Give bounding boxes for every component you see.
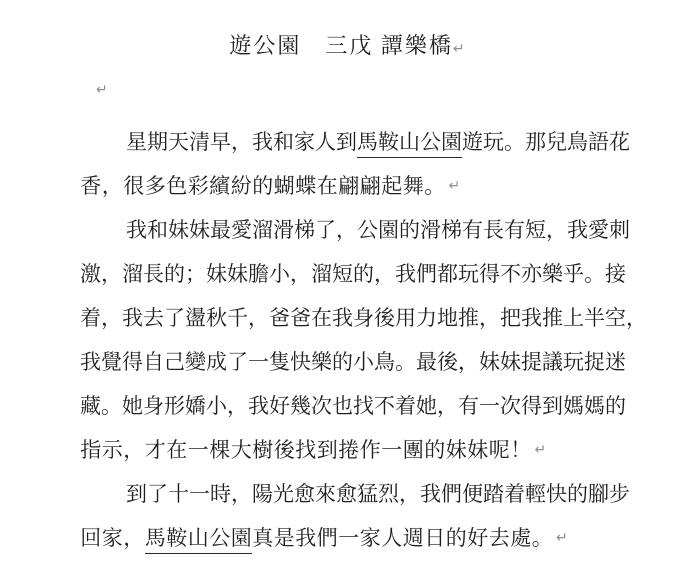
char: 我 <box>567 215 588 245</box>
char: 她 <box>122 391 143 421</box>
char: 光 <box>273 479 294 509</box>
char: ， <box>248 303 269 333</box>
text-line: 我覺得自己變成了一隻快樂的小鳥。最後，妹妹提議玩捉迷 <box>80 340 614 384</box>
char: 的 <box>332 347 353 377</box>
char: 幾 <box>290 391 311 421</box>
char: 我 <box>252 127 273 157</box>
char: 。 <box>504 127 525 157</box>
char: 次 <box>500 391 521 421</box>
char: 彩 <box>188 171 210 201</box>
char: 的 <box>252 171 274 201</box>
char: 示 <box>102 435 124 465</box>
char: 一 <box>338 523 360 553</box>
char: 們 <box>317 523 339 553</box>
char: 很 <box>123 171 145 201</box>
char: 語 <box>588 127 609 157</box>
char: 指 <box>80 435 102 465</box>
char: 到 <box>317 435 339 465</box>
char: 人 <box>381 523 403 553</box>
char: 陽 <box>252 479 273 509</box>
char: 長 <box>143 259 164 289</box>
char: 空 <box>605 303 626 333</box>
char: 到 <box>542 391 563 421</box>
char: 便 <box>462 479 483 509</box>
char: 日 <box>424 523 446 553</box>
char: 把 <box>500 303 521 333</box>
paragraph-mark-icon: ↵ <box>96 82 108 98</box>
char: 到 <box>126 479 147 509</box>
char: 後 <box>274 435 296 465</box>
char: 身 <box>143 391 164 421</box>
char: ， <box>123 523 145 553</box>
char: 我 <box>126 215 147 245</box>
char: 了 <box>227 347 248 377</box>
essay-title-text: 遊公園 三戊 譚樂橋 <box>229 33 453 58</box>
char: 鳥 <box>374 347 395 377</box>
char: 成 <box>206 347 227 377</box>
char: 一 <box>479 391 500 421</box>
char: 溜 <box>311 259 332 289</box>
char: 自 <box>143 347 164 377</box>
underlined-char: 鞍 <box>166 523 188 554</box>
char: 家 <box>360 523 382 553</box>
char: 媽 <box>563 391 584 421</box>
char: 妹 <box>479 347 500 377</box>
char: ； <box>185 259 206 289</box>
text-line: 到了十一時，陽光愈來愈猛烈，我們便踏着輕快的腳步 <box>80 472 614 516</box>
char: 滑 <box>420 215 441 245</box>
char: 樹 <box>252 435 274 465</box>
char: ， <box>546 215 567 245</box>
char: 用 <box>395 303 416 333</box>
char: 我 <box>248 391 269 421</box>
char: 我 <box>295 523 317 553</box>
char: 舞 <box>403 171 425 201</box>
char: 身 <box>353 303 374 333</box>
char: 的 <box>164 259 185 289</box>
char: 早 <box>210 127 231 157</box>
char: 捉 <box>584 347 605 377</box>
char: 妹 <box>168 215 189 245</box>
char: 了 <box>164 303 185 333</box>
char: 地 <box>437 303 458 333</box>
char: 都 <box>437 259 458 289</box>
char: 腳 <box>588 479 609 509</box>
char: 我 <box>332 303 353 333</box>
char: 快 <box>290 347 311 377</box>
char: 回 <box>80 523 102 553</box>
char: 一 <box>188 435 210 465</box>
char: 棵 <box>209 435 231 465</box>
char: ， <box>626 303 647 333</box>
char: 好 <box>467 523 489 553</box>
document-page: 遊公園 三戊 譚樂橋↵ ↵ 星期天清早，我和家人到馬鞍山公園遊玩。那兒鳥語花香，… <box>0 0 696 564</box>
underlined-char: 山 <box>188 523 210 554</box>
char: 一 <box>381 435 403 465</box>
char: 小 <box>353 347 374 377</box>
underlined-char: 園 <box>231 523 253 554</box>
char: 真 <box>252 523 274 553</box>
char: 人 <box>315 127 336 157</box>
char: 去 <box>489 523 511 553</box>
char: 妹 <box>446 435 468 465</box>
char: 玩 <box>563 347 584 377</box>
char: 嬌 <box>185 391 206 421</box>
char: ， <box>479 303 500 333</box>
underlined-char: 公 <box>209 523 231 554</box>
char: 妹 <box>500 347 521 377</box>
char: 爸 <box>290 303 311 333</box>
char: 接 <box>605 259 626 289</box>
char: ， <box>102 171 124 201</box>
char: 期 <box>147 127 168 157</box>
char: 愛 <box>588 215 609 245</box>
char: 藏 <box>80 391 101 421</box>
char: 多 <box>145 171 167 201</box>
char: 和 <box>147 215 168 245</box>
text-line: 激，溜長的；妹妹膽小，溜短的，我們都玩得不亦樂乎。接 <box>80 252 614 296</box>
char: 步 <box>609 479 630 509</box>
char: ， <box>290 259 311 289</box>
char: 爸 <box>269 303 290 333</box>
char: 的 <box>353 259 374 289</box>
char: 的 <box>446 523 468 553</box>
char: 溜 <box>252 215 273 245</box>
char: 妹 <box>467 435 489 465</box>
char: 玩 <box>458 259 479 289</box>
char: ， <box>101 303 122 333</box>
char: 。 <box>584 259 605 289</box>
char: 最 <box>210 215 231 245</box>
char: ， <box>399 479 420 509</box>
char: 妹 <box>189 215 210 245</box>
char: 時 <box>210 479 231 509</box>
char: 園 <box>378 215 399 245</box>
char: 愈 <box>336 479 357 509</box>
char: 作 <box>360 435 382 465</box>
text-line: 着，我去了盪秋千，爸爸在我身後用力地推，把我推上半空， <box>80 296 614 340</box>
char: 長 <box>483 215 504 245</box>
char: 形 <box>164 391 185 421</box>
underlined-char: 山 <box>399 127 420 158</box>
char: 找 <box>295 435 317 465</box>
char: 週 <box>403 523 425 553</box>
char: 樂 <box>311 347 332 377</box>
char: 家 <box>102 523 124 553</box>
paragraph-mark-icon: ↵ <box>449 171 461 201</box>
text-line: 回家，馬鞍山公園真是我們一家人週日的好去處。↵ <box>80 516 614 560</box>
char: 香 <box>80 171 102 201</box>
char: ， <box>336 215 357 245</box>
char: 一 <box>248 347 269 377</box>
text-line: 香，很多色彩繽紛的蝴蝶在翩翩起舞。↵ <box>80 164 614 208</box>
char: 色 <box>166 171 188 201</box>
char: 有 <box>504 215 525 245</box>
char: 星 <box>126 127 147 157</box>
char: 。 <box>424 171 446 201</box>
char: 秋 <box>206 303 227 333</box>
char: 推 <box>542 303 563 333</box>
char: 快 <box>546 479 567 509</box>
char: 後 <box>437 347 458 377</box>
char: 的 <box>605 391 626 421</box>
char: 。 <box>532 523 554 553</box>
underlined-char: 馬 <box>357 127 378 158</box>
char: 那 <box>525 127 546 157</box>
char: 才 <box>145 435 167 465</box>
char: 鳥 <box>567 127 588 157</box>
char: 推 <box>458 303 479 333</box>
underlined-char: 園 <box>441 127 462 158</box>
char: 半 <box>584 303 605 333</box>
char: 己 <box>164 347 185 377</box>
char: 亦 <box>521 259 542 289</box>
char: 覺 <box>101 347 122 377</box>
char: ， <box>101 259 122 289</box>
char: 踏 <box>483 479 504 509</box>
char: 刺 <box>609 215 630 245</box>
char: 家 <box>294 127 315 157</box>
char: 們 <box>441 479 462 509</box>
char: 輕 <box>525 479 546 509</box>
text-line: 星期天清早，我和家人到馬鞍山公園遊玩。那兒鳥語花 <box>80 120 614 164</box>
char: 翩 <box>338 171 360 201</box>
char: 樂 <box>542 259 563 289</box>
char: 在 <box>166 435 188 465</box>
char: 滑 <box>273 215 294 245</box>
underlined-char: 馬 <box>145 523 167 554</box>
char: 和 <box>273 127 294 157</box>
underlined-char: 鞍 <box>378 127 399 158</box>
char: ， <box>374 259 395 289</box>
char: 我 <box>122 303 143 333</box>
char: 上 <box>563 303 584 333</box>
text-line: 我和妹妹最愛溜滑梯了，公園的滑梯有長有短，我愛刺 <box>80 208 614 252</box>
char: 媽 <box>584 391 605 421</box>
char: 蝶 <box>295 171 317 201</box>
char: 好 <box>269 391 290 421</box>
char: 的 <box>424 435 446 465</box>
char: 在 <box>311 303 332 333</box>
char: 千 <box>227 303 248 333</box>
empty-paragraph-line: ↵ <box>80 68 614 112</box>
char: 最 <box>416 347 437 377</box>
document-body: 星期天清早，我和家人到馬鞍山公園遊玩。那兒鳥語花香，很多色彩繽紛的蝴蝶在翩翩起舞… <box>80 120 614 560</box>
char: 。 <box>395 347 416 377</box>
char: ， <box>227 391 248 421</box>
char: 也 <box>332 391 353 421</box>
char: 小 <box>269 259 290 289</box>
char: 着 <box>504 479 525 509</box>
char: 後 <box>374 303 395 333</box>
char: 短 <box>332 259 353 289</box>
char: 們 <box>416 259 437 289</box>
char: 了 <box>315 215 336 245</box>
char: 了 <box>147 479 168 509</box>
char: 愈 <box>294 479 315 509</box>
char: 花 <box>609 127 630 157</box>
char: 。 <box>101 391 122 421</box>
char: 來 <box>315 479 336 509</box>
char: 我 <box>521 303 542 333</box>
char: 的 <box>399 215 420 245</box>
underlined-char: 公 <box>420 127 441 158</box>
char: 得 <box>521 391 542 421</box>
char: 小 <box>206 391 227 421</box>
char: 愛 <box>231 215 252 245</box>
char: 猛 <box>357 479 378 509</box>
char: 溜 <box>122 259 143 289</box>
paragraph-mark-icon: ↵ <box>556 523 568 553</box>
char: 變 <box>185 347 206 377</box>
char: 翩 <box>360 171 382 201</box>
char: 有 <box>462 215 483 245</box>
char: 團 <box>403 435 425 465</box>
char: ， <box>437 391 458 421</box>
text-line: 藏。她身形嬌小，我好幾次也找不着她，有一次得到媽媽的 <box>80 384 614 428</box>
char: 迷 <box>605 347 626 377</box>
char: 妹 <box>206 259 227 289</box>
text-line: 指示，才在一棵大樹後找到捲作一團的妹妹呢！↵ <box>80 428 614 472</box>
char: 十 <box>168 479 189 509</box>
char: 紛 <box>231 171 253 201</box>
document-content: 遊公園 三戊 譚樂橋↵ ↵ 星期天清早，我和家人到馬鞍山公園遊玩。那兒鳥語花香，… <box>0 0 696 560</box>
char: 我 <box>420 479 441 509</box>
char: 玩 <box>483 127 504 157</box>
char: 她 <box>416 391 437 421</box>
char: ， <box>231 127 252 157</box>
char: 烈 <box>378 479 399 509</box>
char: ， <box>123 435 145 465</box>
char: 次 <box>311 391 332 421</box>
char: 的 <box>567 479 588 509</box>
char: 清 <box>189 127 210 157</box>
char: 議 <box>542 347 563 377</box>
char: 得 <box>122 347 143 377</box>
char: 去 <box>143 303 164 333</box>
char: 不 <box>500 259 521 289</box>
essay-title-line: 遊公園 三戊 譚樂橋↵ <box>80 24 614 68</box>
char: 一 <box>189 479 210 509</box>
char: 我 <box>395 259 416 289</box>
char: 找 <box>353 391 374 421</box>
char: 我 <box>80 347 101 377</box>
char: ， <box>231 479 252 509</box>
char: 膽 <box>248 259 269 289</box>
char: 呢 <box>489 435 511 465</box>
char: 短 <box>525 215 546 245</box>
char: 在 <box>317 171 339 201</box>
char: 大 <box>231 435 253 465</box>
paragraph-mark-icon: ↵ <box>453 41 465 57</box>
char: 蝴 <box>274 171 296 201</box>
char: 激 <box>80 259 101 289</box>
char: 處 <box>510 523 532 553</box>
char: 是 <box>274 523 296 553</box>
char: 兒 <box>546 127 567 157</box>
paragraph-mark-icon: ↵ <box>535 435 547 465</box>
char: 公 <box>357 215 378 245</box>
char: 遊 <box>462 127 483 157</box>
char: 起 <box>381 171 403 201</box>
char: 得 <box>479 259 500 289</box>
char: ， <box>458 347 479 377</box>
char: 隻 <box>269 347 290 377</box>
char: 梯 <box>441 215 462 245</box>
char: 到 <box>336 127 357 157</box>
char: 着 <box>395 391 416 421</box>
char: 不 <box>374 391 395 421</box>
char: 梯 <box>294 215 315 245</box>
char: 有 <box>458 391 479 421</box>
char: 提 <box>521 347 542 377</box>
char: 乎 <box>563 259 584 289</box>
char: ！ <box>510 435 532 465</box>
char: 繽 <box>209 171 231 201</box>
char: 着 <box>80 303 101 333</box>
char: 妹 <box>227 259 248 289</box>
char: 捲 <box>338 435 360 465</box>
char: 天 <box>168 127 189 157</box>
char: 力 <box>416 303 437 333</box>
char: 盪 <box>185 303 206 333</box>
